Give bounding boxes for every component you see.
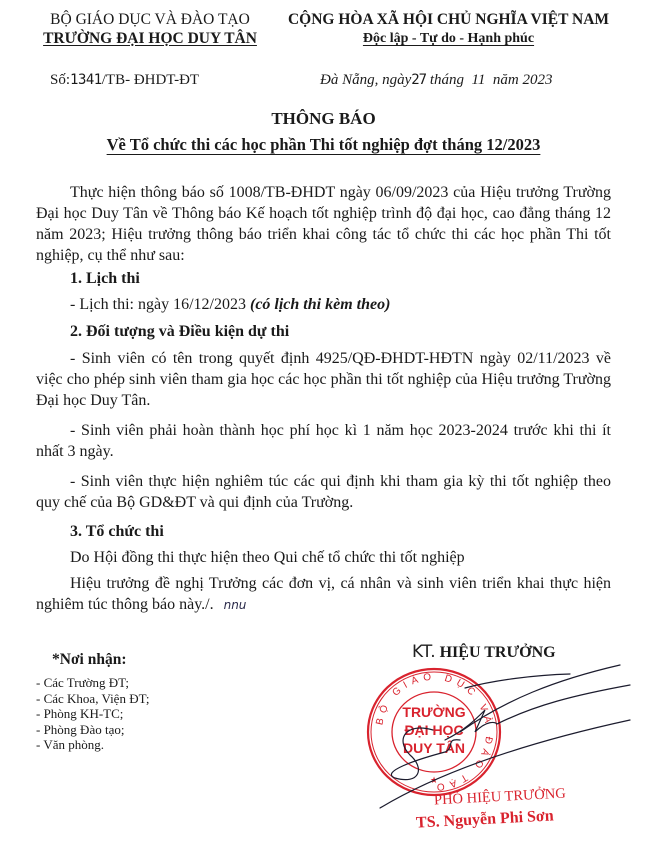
recipients-title: *Nơi nhận: <box>52 651 126 669</box>
svg-text:ĐẠI HỌC: ĐẠI HỌC <box>404 722 463 738</box>
schedule-line: - Lịch thi: ngày 16/12/2023 (có lịch thi… <box>36 294 611 315</box>
handwritten-initials: nnu <box>224 598 247 612</box>
section-organization: 3. Tổ chức thi <box>36 521 611 542</box>
section-heading: 1. Lịch thi <box>36 268 611 289</box>
svg-text:TRƯỜNG: TRƯỜNG <box>402 703 465 720</box>
svg-text:DUY TÂN: DUY TÂN <box>403 739 465 756</box>
section-schedule: 1. Lịch thi <box>36 268 611 289</box>
country-name: CỘNG HÒA XÃ HỘI CHỦ NGHĨA VIỆT NAM <box>250 10 647 29</box>
svg-text:★: ★ <box>430 776 438 786</box>
handwritten-number: 1341 <box>70 72 102 88</box>
recipient-item: - Phòng KH-TC; <box>36 706 149 722</box>
document-subtitle: Về Tổ chức thi các học phần Thi tốt nghi… <box>0 135 647 155</box>
intro-paragraph: Thực hiện thông báo số 1008/TB-ĐHDT ngày… <box>36 182 611 266</box>
recipient-item: - Các Trường ĐT; <box>36 675 149 691</box>
recipient-item: - Các Khoa, Viện ĐT; <box>36 691 149 707</box>
eligibility-item: - Sinh viên phải hoàn thành học phí học … <box>36 420 611 462</box>
organization-line: Do Hội đồng thi thực hiện theo Qui chế t… <box>36 547 611 568</box>
section-eligibility: 2. Đối tượng và Điều kiện dự thi <box>36 321 611 342</box>
eligibility-item: - Sinh viên có tên trong quyết định 4925… <box>36 348 611 411</box>
official-seal: BỘ GIÁO DỤC VÀ ĐÀO TẠO TRƯỜNG ĐẠI HỌC DU… <box>366 667 502 797</box>
on-behalf-mark: KT. <box>412 642 436 662</box>
document-body: Thực hiện thông báo số 1008/TB-ĐHDT ngày… <box>36 182 611 266</box>
recipients-list: - Các Trường ĐT; - Các Khoa, Viện ĐT; - … <box>36 675 149 753</box>
signature-title: KT. HIỆU TRƯỞNG <box>412 642 556 662</box>
national-motto: Độc lập - Tự do - Hạnh phúc <box>250 29 647 48</box>
recipient-item: - Văn phòng. <box>36 737 149 753</box>
eligibility-item: - Sinh viên thực hiện nghiêm túc các qui… <box>36 471 611 513</box>
recipient-item: - Phòng Đào tạo; <box>36 722 149 738</box>
document-number: Số:1341/TB- ĐHDT-ĐT <box>50 72 199 89</box>
schedule-note: (có lịch thi kèm theo) <box>250 296 390 313</box>
national-header: CỘNG HÒA XÃ HỘI CHỦ NGHĨA VIỆT NAM Độc l… <box>250 10 647 48</box>
signer-name: TS. Nguyễn Phi Sơn <box>416 807 555 832</box>
document-title: THÔNG BÁO <box>0 109 647 129</box>
closing-paragraph: Hiệu trưởng đề nghị Trưởng các đơn vị, c… <box>36 573 611 616</box>
handwritten-day: 27 <box>411 72 426 88</box>
document-date: Đà Nẵng, ngày27 tháng 11 năm 2023 <box>320 72 553 89</box>
section-heading: 3. Tổ chức thi <box>36 521 611 542</box>
section-heading: 2. Đối tượng và Điều kiện dự thi <box>36 321 611 342</box>
